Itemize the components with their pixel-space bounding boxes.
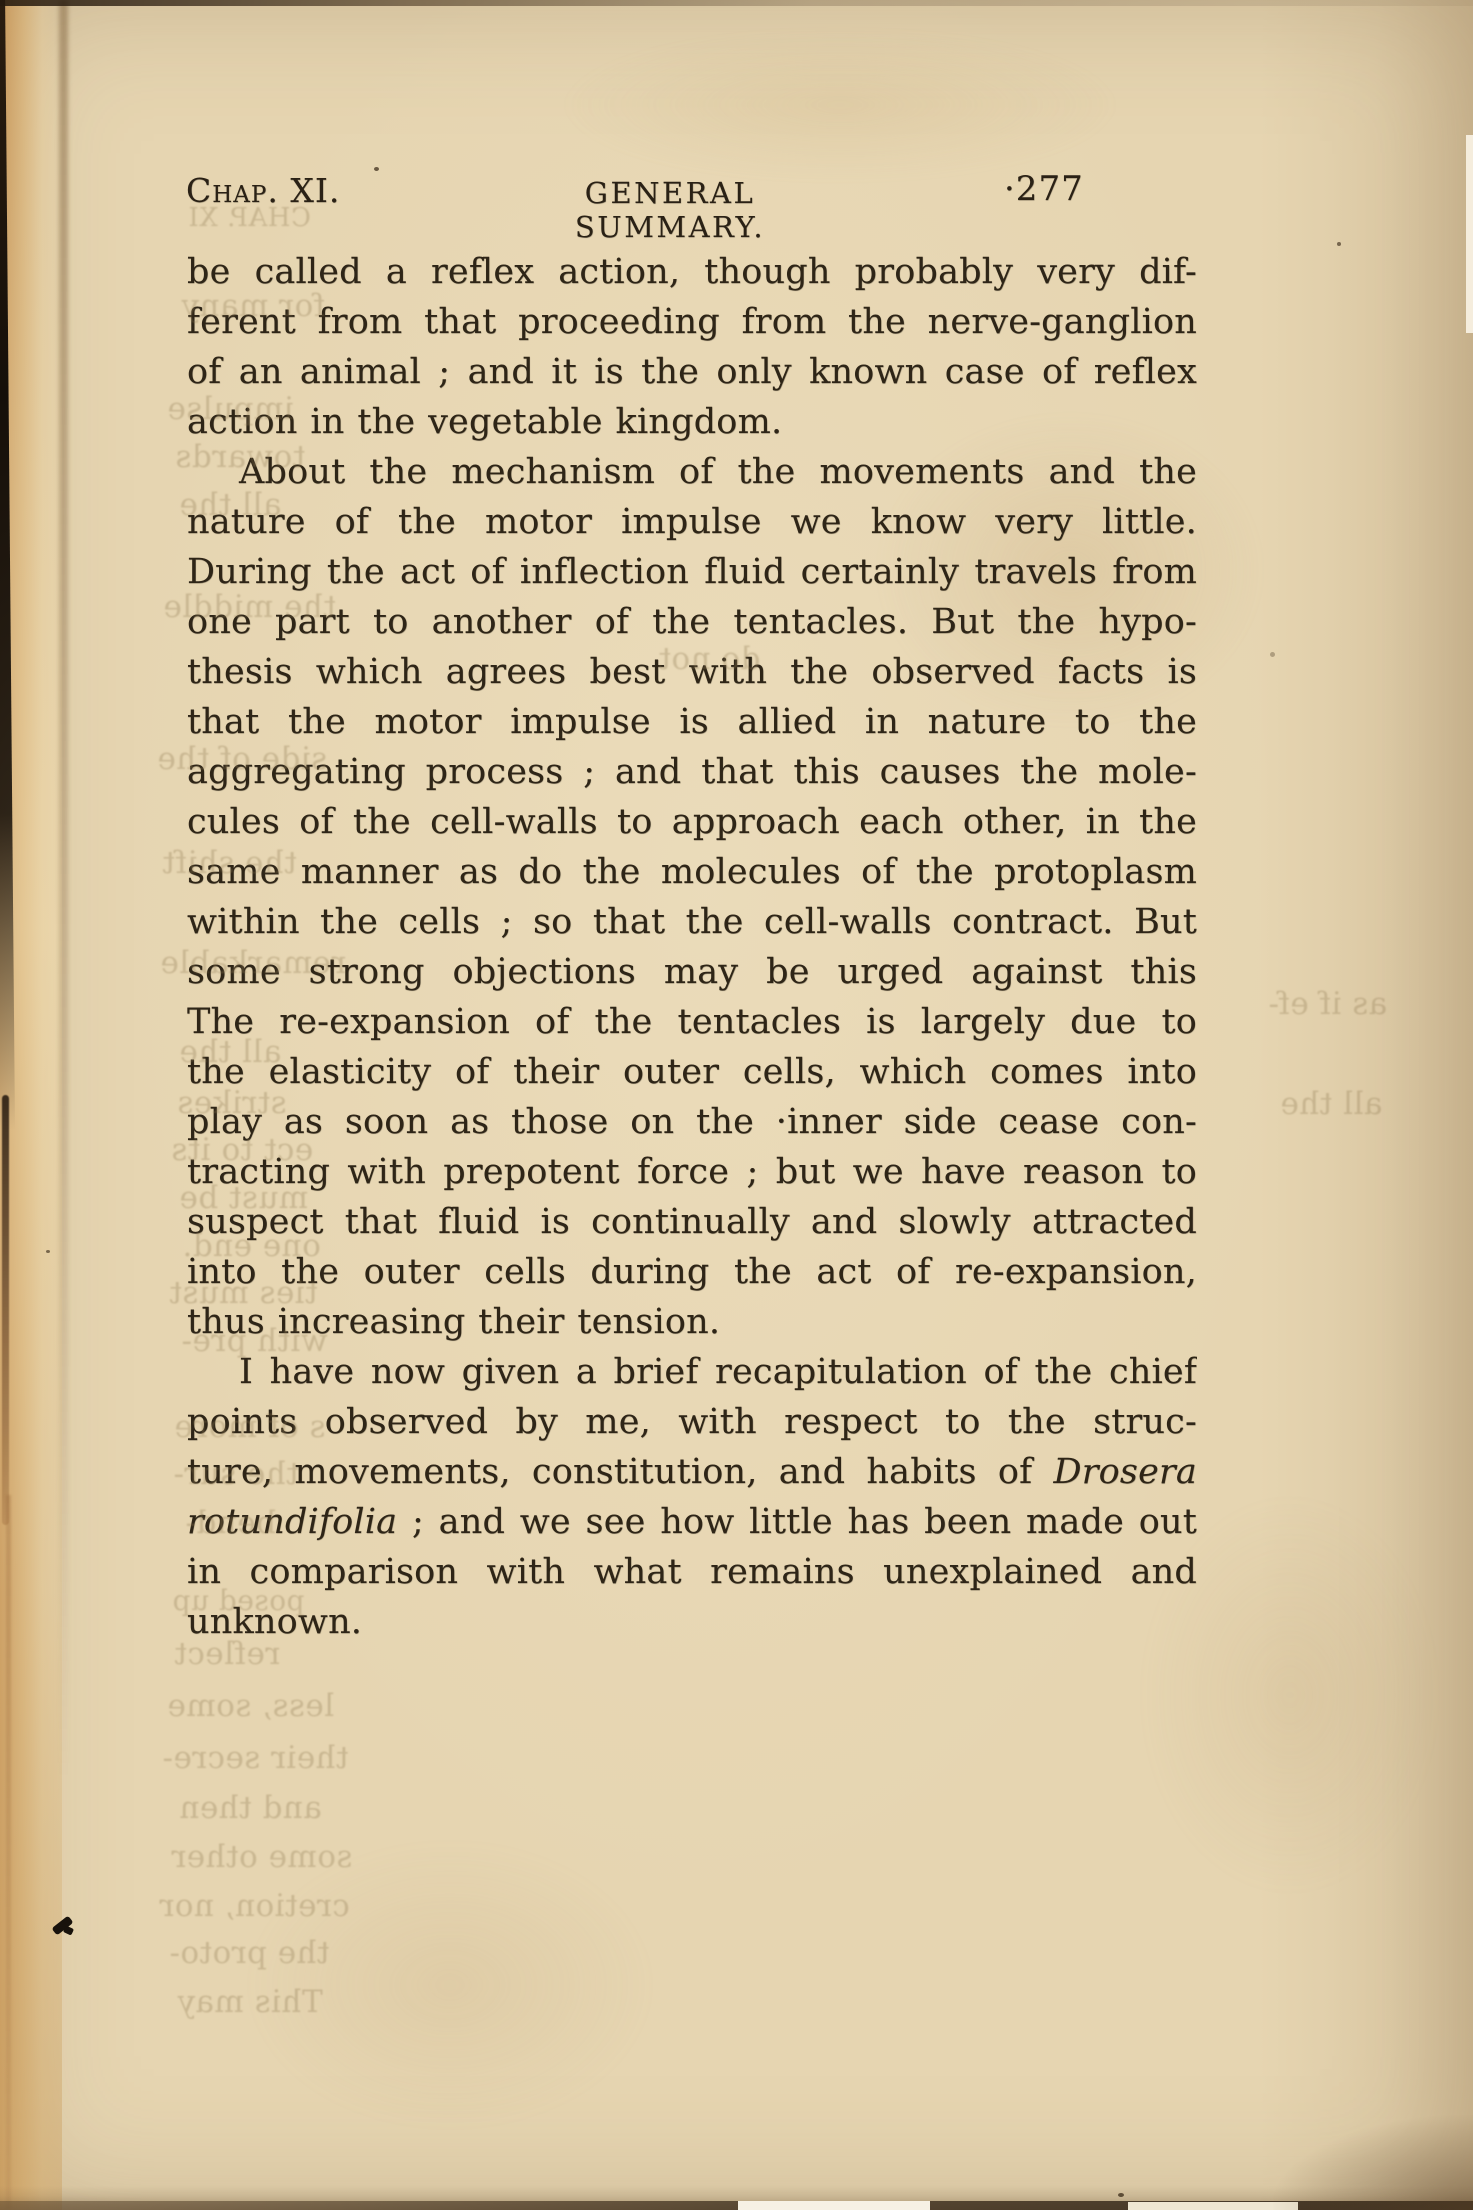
- gutter-crease-line: [59, 0, 68, 1780]
- body-line: tracting with prepotent force ; but we h…: [187, 1147, 1197, 1197]
- body-line: thus increasing their tension.: [187, 1297, 1197, 1347]
- body-line: into the outer cells during the act of r…: [187, 1247, 1197, 1297]
- showthrough-text: side of the: [157, 741, 327, 777]
- body-line: action in the vegetable kingdom.: [187, 397, 1197, 447]
- showthrough-text: bend-: [185, 1505, 276, 1541]
- ink-mark: [63, 1925, 74, 1935]
- ink-speck: [1118, 2193, 1124, 2197]
- page-number: ·277: [1004, 169, 1084, 209]
- showthrough-text: one end.: [182, 1228, 321, 1264]
- body-line: that the motor impulse is allied in natu…: [187, 697, 1197, 747]
- body-line: The re-expansion of the tentacles is lar…: [187, 997, 1197, 1047]
- showthrough-text: remarkable: [160, 945, 346, 981]
- scanner-white-sliver: [738, 2201, 930, 2210]
- showthrough-text: all the: [179, 487, 281, 523]
- body-line: in comparison with what remains unexplai…: [187, 1547, 1197, 1597]
- body-line: I have now given a brief recapitulation …: [187, 1347, 1197, 1397]
- showthrough-text: This may: [177, 1984, 323, 2020]
- ink-speck: [46, 1250, 50, 1253]
- showthrough-text: their secre-: [162, 1740, 349, 1776]
- body-line: points observed by me, with respect to t…: [187, 1397, 1197, 1447]
- showthrough-text: strikes: [177, 1085, 287, 1121]
- body-line: rotundifolia ; and we see how little has…: [187, 1497, 1197, 1547]
- body-line: play as soon as those on the ·inner side…: [187, 1097, 1197, 1147]
- page-edge-left-line: [2, 1095, 9, 1525]
- showthrough-text: the proto-: [169, 1935, 330, 1971]
- showthrough-text: with pre-: [181, 1323, 328, 1359]
- showthrough-text: must be: [179, 1180, 308, 1216]
- showthrough-text: impulse: [167, 391, 294, 427]
- body-line: ture, movements, constitution, and habit…: [187, 1447, 1197, 1497]
- page-corner-bottom-right-shade: [1273, 2115, 1473, 2210]
- showthrough-text: towards: [175, 439, 305, 475]
- showthrough-text: ties must: [169, 1275, 318, 1311]
- ink-speck: [1270, 652, 1275, 657]
- body-line: aggregating process ; and that this caus…: [187, 747, 1197, 797]
- showthrough-text: less, some: [167, 1688, 334, 1724]
- body-line: ferent from that proceeding from the ner…: [187, 297, 1197, 347]
- ink-speck: [1337, 242, 1341, 246]
- showthrough-text: some other: [171, 1839, 352, 1875]
- paper-stain: [560, 30, 1120, 180]
- showthrough-text: the sur-: [173, 1456, 299, 1492]
- running-title: GENERAL SUMMARY.: [495, 176, 845, 244]
- showthrough-text: s of more: [174, 1409, 325, 1445]
- body-line: unknown.: [187, 1597, 1197, 1647]
- body-line: same manner as do the molecules of the p…: [187, 847, 1197, 897]
- body-line: During the act of inflection fluid certa…: [187, 547, 1197, 597]
- page-edge-top: [0, 0, 1473, 6]
- showthrough-text: ect to its: [171, 1132, 313, 1168]
- body-line: within the cells ; so that the cell-wall…: [187, 897, 1197, 947]
- showthrough-text: all the: [1280, 1086, 1382, 1122]
- body-line: nature of the motor impulse we know very…: [187, 497, 1197, 547]
- scanner-white-sliver-right: [1466, 135, 1473, 333]
- page-edge-left-line-faint: [6, 1495, 11, 2210]
- body-line: one part to another of the tentacles. Bu…: [187, 597, 1197, 647]
- showthrough-text: as if ef-: [1268, 986, 1387, 1022]
- book-page: Chap. XI. GENERAL SUMMARY. ·277 be calle…: [0, 0, 1473, 2210]
- body-line: be called a reflex action, though probab…: [187, 247, 1197, 297]
- showthrough-text: for many: [181, 288, 325, 324]
- showthrough-text: posed up: [172, 1584, 305, 1617]
- showthrough-text: do not: [658, 641, 760, 677]
- body-line: suspect that fluid is continually and sl…: [187, 1197, 1197, 1247]
- showthrough-text: the middle: [163, 589, 336, 625]
- showthrough-text: CHAP. XI: [188, 203, 311, 233]
- showthrough-text: and then: [179, 1790, 322, 1826]
- body-line: the elasticity of their outer cells, whi…: [187, 1047, 1197, 1097]
- showthrough-text: all the: [179, 1034, 281, 1070]
- ink-speck: [374, 167, 379, 171]
- showthrough-text: cretion, nor: [159, 1888, 350, 1924]
- body-line: About the mechanism of the movements and…: [187, 447, 1197, 497]
- showthrough-text: reflect: [174, 1636, 280, 1672]
- body-line: of an animal ; and it is the only known …: [187, 347, 1197, 397]
- body-line: cules of the cell-walls to approach each…: [187, 797, 1197, 847]
- showthrough-text: the shift: [162, 845, 297, 881]
